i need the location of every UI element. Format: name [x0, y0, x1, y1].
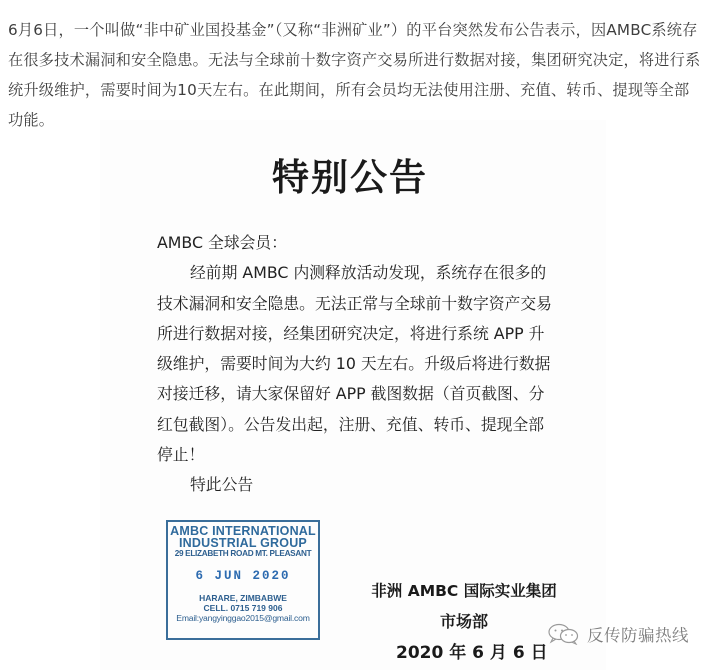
notice-title: 特别公告 — [272, 147, 428, 201]
wechat-icon — [547, 623, 581, 645]
watermark-text: 反传防骗热线 — [587, 622, 689, 646]
stamp-address: 29 ELIZABETH ROAD MT. PLEASANT — [168, 549, 318, 559]
stamp-company-line2: INDUSTRIAL GROUP — [168, 537, 318, 549]
watermark: 反传防骗热线 — [547, 622, 689, 646]
notice-signature: 非洲 AMBC 国际实业集团 市场部 2020 年 6 月 6 日 — [366, 580, 562, 664]
notice-closing: 特此公告 — [157, 470, 557, 500]
signature-date: 2020 年 6 月 6 日 — [366, 642, 562, 664]
signature-department: 市场部 — [366, 611, 562, 633]
stamp-city: HARARE, ZIMBABWE — [168, 593, 318, 603]
company-stamp: AMBC INTERNATIONAL INDUSTRIAL GROUP 29 E… — [166, 520, 320, 640]
stamp-date: 6 JUN 2020 — [168, 569, 318, 583]
notice-body: AMBC 全球会员： 经前期 AMBC 内测释放活动发现，系统存在很多的技术漏洞… — [157, 228, 557, 501]
signature-organization: 非洲 AMBC 国际实业集团 — [366, 580, 562, 602]
stamp-cell: CELL. 0715 719 906 — [168, 603, 318, 613]
stamp-email: Email:yangyinggao2015@gmail.com — [168, 613, 318, 624]
article-intro-paragraph: 6月6日，一个叫做“非中矿业国投基金”（又称“非洲矿业”）的平台突然发布公告表示… — [8, 15, 702, 135]
notice-content: 经前期 AMBC 内测释放活动发现，系统存在很多的技术漏洞和安全隐患。无法正常与… — [157, 258, 557, 470]
notice-salutation: AMBC 全球会员： — [157, 228, 557, 258]
